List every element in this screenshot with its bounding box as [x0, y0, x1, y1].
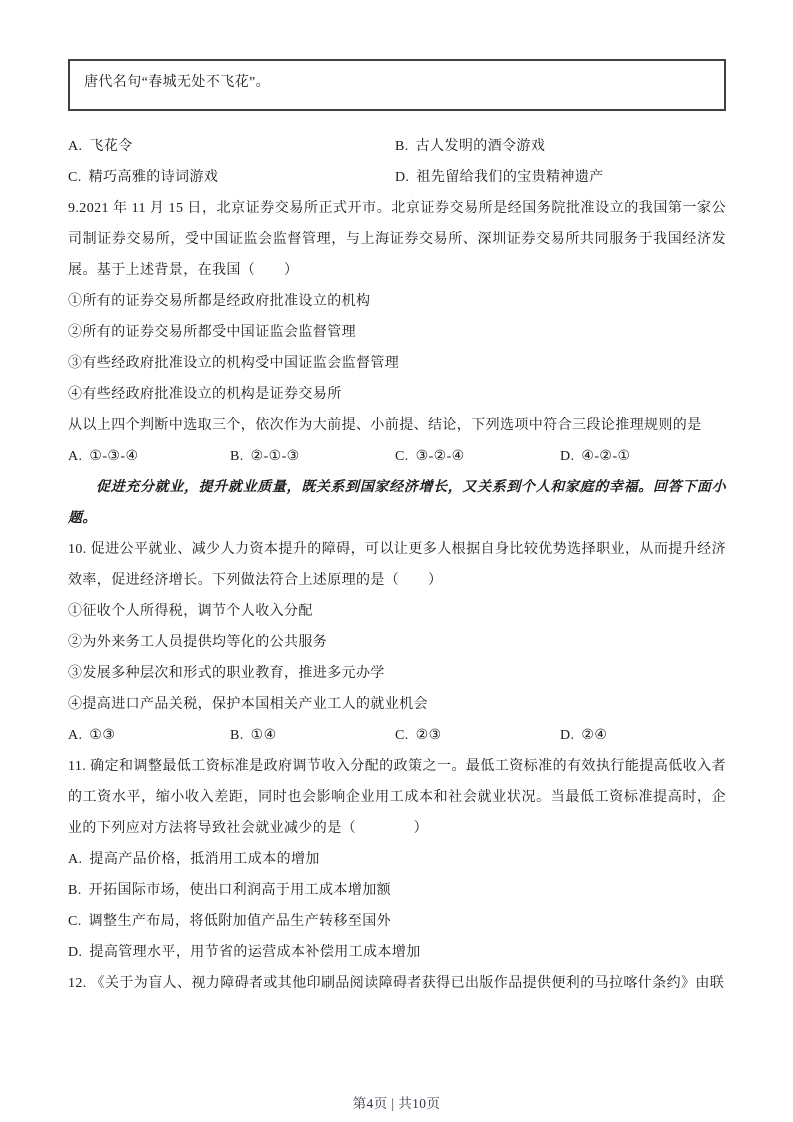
q8-option-c-text: 精巧高雅的诗词游戏	[89, 170, 219, 185]
page-footer: 第4页 | 共10页	[0, 1094, 793, 1114]
q10-option-d-text: ②④	[581, 728, 607, 743]
q9-option-d-label: D.	[560, 449, 574, 464]
q10-item-1: ①征收个人所得税，调节个人收入分配	[68, 596, 726, 627]
q8-option-a: A.飞花令	[68, 131, 395, 162]
q9-option-c-label: C.	[395, 449, 409, 464]
q8-options-row-1: A.飞花令 B.古人发明的酒令游戏	[68, 131, 726, 162]
q11-option-b: B.开拓国际市场，使出口利润高于用工成本增加额	[68, 875, 726, 906]
q10-option-a-text: ①③	[89, 728, 115, 743]
q8-option-d-text: 祖先留给我们的宝贵精神遗产	[416, 170, 603, 185]
q10-option-b-label: B.	[230, 728, 244, 743]
q10-item-3: ③发展多种层次和形式的职业教育，推进多元办学	[68, 658, 726, 689]
page-indicator: 第4页 | 共10页	[353, 1096, 441, 1111]
q9-option-d-text: ④-②-①	[581, 449, 630, 464]
q10-option-c: C.②③	[395, 720, 560, 751]
q12-stem: 12. 《关于为盲人、视力障碍者或其他印刷品阅读障碍者获得已出版作品提供便利的马…	[68, 968, 726, 999]
q8-options-row-2: C.精巧高雅的诗词游戏 D.祖先留给我们的宝贵精神遗产	[68, 162, 726, 193]
q10-item-4: ④提高进口产品关税，保护本国相关产业工人的就业机会	[68, 689, 726, 720]
q9-option-b-text: ②-①-③	[251, 449, 300, 464]
q10-option-c-label: C.	[395, 728, 409, 743]
q9-instruction: 从以上四个判断中选取三个，依次作为大前提、小前提、结论，下列选项中符合三段论推理…	[68, 410, 726, 441]
q11-option-c-label: C.	[68, 914, 82, 929]
q10-option-c-text: ②③	[416, 728, 442, 743]
exam-paper-page: 唐代名句“春城无处不飞花”。 A.飞花令 B.古人发明的酒令游戏 C.精巧高雅的…	[0, 0, 793, 1122]
q9-options-row: A.①-③-④ B.②-①-③ C.③-②-④ D.④-②-①	[68, 441, 726, 472]
q9-item-2: ②所有的证券交易所都受中国证监会监督管理	[68, 317, 726, 348]
q11-option-d: D.提高管理水平，用节省的运营成本补偿用工成本增加	[68, 937, 726, 968]
q8-option-b-label: B.	[395, 139, 409, 154]
q8-option-d: D.祖先留给我们的宝贵精神遗产	[395, 162, 726, 193]
q10-stem: 10. 促进公平就业、减少人力资本提升的障碍，可以让更多人根据自身比较优势选择职…	[68, 534, 726, 596]
q9-item-4: ④有些经政府批准设立的机构是证券交易所	[68, 379, 726, 410]
q9-option-a-label: A.	[68, 449, 82, 464]
q8-option-b: B.古人发明的酒令游戏	[395, 131, 726, 162]
q11-option-b-label: B.	[68, 883, 82, 898]
q11-option-a-text: 提高产品价格，抵消用工成本的增加	[89, 852, 319, 867]
q11-option-c: C.调整生产布局，将低附加值产品生产转移至国外	[68, 906, 726, 937]
q10-option-d-label: D.	[560, 728, 574, 743]
q11-option-b-text: 开拓国际市场，使出口利润高于用工成本增加额	[89, 883, 391, 898]
q11-option-a-label: A.	[68, 852, 82, 867]
q8-option-d-label: D.	[395, 170, 409, 185]
page-content: 唐代名句“春城无处不飞花”。 A.飞花令 B.古人发明的酒令游戏 C.精巧高雅的…	[68, 0, 726, 999]
q9-option-d: D.④-②-①	[560, 441, 726, 472]
q10-options-row: A.①③ B.①④ C.②③ D.②④	[68, 720, 726, 751]
q10-item-2: ②为外来务工人员提供均等化的公共服务	[68, 627, 726, 658]
quote-box-text: 唐代名句“春城无处不飞花”。	[84, 75, 270, 90]
q11-option-d-label: D.	[68, 945, 82, 960]
q9-stem: 9.2021 年 11 月 15 日，北京证券交易所正式开市。北京证券交易所是经…	[68, 193, 726, 286]
q8-option-a-label: A.	[68, 139, 82, 154]
section-intro: 促进充分就业，提升就业质量，既关系到国家经济增长，又关系到个人和家庭的幸福。回答…	[68, 472, 726, 534]
q8-option-c: C.精巧高雅的诗词游戏	[68, 162, 395, 193]
q8-option-c-label: C.	[68, 170, 82, 185]
q11-option-c-text: 调整生产布局，将低附加值产品生产转移至国外	[89, 914, 391, 929]
q8-option-b-text: 古人发明的酒令游戏	[416, 139, 546, 154]
q10-option-a: A.①③	[68, 720, 230, 751]
q9-option-b: B.②-①-③	[230, 441, 395, 472]
q10-option-d: D.②④	[560, 720, 726, 751]
quote-box: 唐代名句“春城无处不飞花”。	[68, 59, 726, 111]
q10-option-b: B.①④	[230, 720, 395, 751]
q9-option-a: A.①-③-④	[68, 441, 230, 472]
q9-option-c: C.③-②-④	[395, 441, 560, 472]
q9-option-a-text: ①-③-④	[89, 449, 138, 464]
q10-option-b-text: ①④	[251, 728, 277, 743]
q10-option-a-label: A.	[68, 728, 82, 743]
q9-option-b-label: B.	[230, 449, 244, 464]
q11-option-d-text: 提高管理水平，用节省的运营成本补偿用工成本增加	[89, 945, 420, 960]
q11-option-a: A.提高产品价格，抵消用工成本的增加	[68, 844, 726, 875]
q9-option-c-text: ③-②-④	[416, 449, 465, 464]
q8-option-a-text: 飞花令	[89, 139, 132, 154]
q9-item-3: ③有些经政府批准设立的机构受中国证监会监督管理	[68, 348, 726, 379]
q11-stem: 11. 确定和调整最低工资标准是政府调节收入分配的政策之一。最低工资标准的有效执…	[68, 751, 726, 844]
q9-item-1: ①所有的证券交易所都是经政府批准设立的机构	[68, 286, 726, 317]
